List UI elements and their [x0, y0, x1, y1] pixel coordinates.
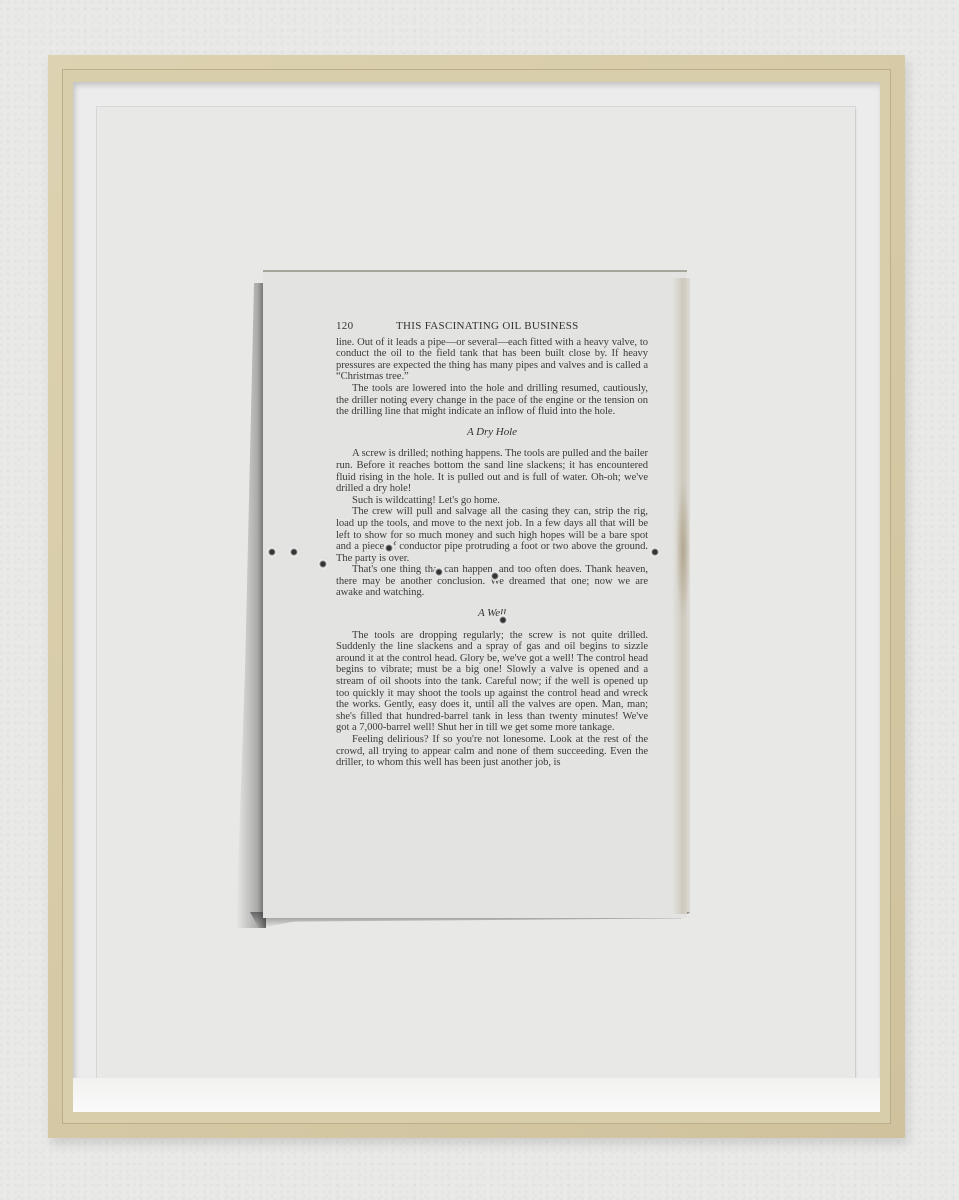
section-heading-dry-hole: A Dry Hole — [336, 427, 648, 439]
bullet-hole-icon — [434, 566, 445, 577]
running-title: THIS FASCINATING OIL BUSINESS — [396, 321, 648, 333]
page-text-block: 120 THIS FASCINATING OIL BUSINESS line. … — [336, 321, 648, 769]
paragraph: A screw is drilled; nothing happens. The… — [336, 448, 648, 494]
page-stain — [676, 480, 690, 620]
bullet-hole-icon — [650, 546, 661, 557]
mat-bottom-strip — [73, 1078, 880, 1112]
paragraph: The tools are dropping regularly; the sc… — [336, 630, 648, 734]
paragraph: Such is wildcatting! Let's go home. — [336, 495, 648, 507]
paragraph: That's one thing that can happen, and to… — [336, 564, 648, 599]
paragraph: line. Out of it leads a pipe—or several—… — [336, 337, 648, 383]
page-number: 120 — [336, 321, 396, 333]
section-heading-a-well: A Well — [336, 608, 648, 620]
running-head: 120 THIS FASCINATING OIL BUSINESS — [336, 321, 648, 333]
page-top-edge — [263, 270, 687, 272]
bullet-hole-icon — [267, 546, 278, 557]
bullet-hole-icon — [490, 570, 501, 581]
bullet-hole-icon — [384, 542, 395, 553]
bullet-hole-icon — [498, 614, 509, 625]
bullet-hole-icon — [318, 558, 329, 569]
paragraph: The tools are lowered into the hole and … — [336, 383, 648, 418]
bullet-hole-icon — [289, 546, 300, 557]
paragraph: The crew will pull and salvage all the c… — [336, 506, 648, 564]
paragraph: Feeling delirious? If so you're not lone… — [336, 734, 648, 769]
